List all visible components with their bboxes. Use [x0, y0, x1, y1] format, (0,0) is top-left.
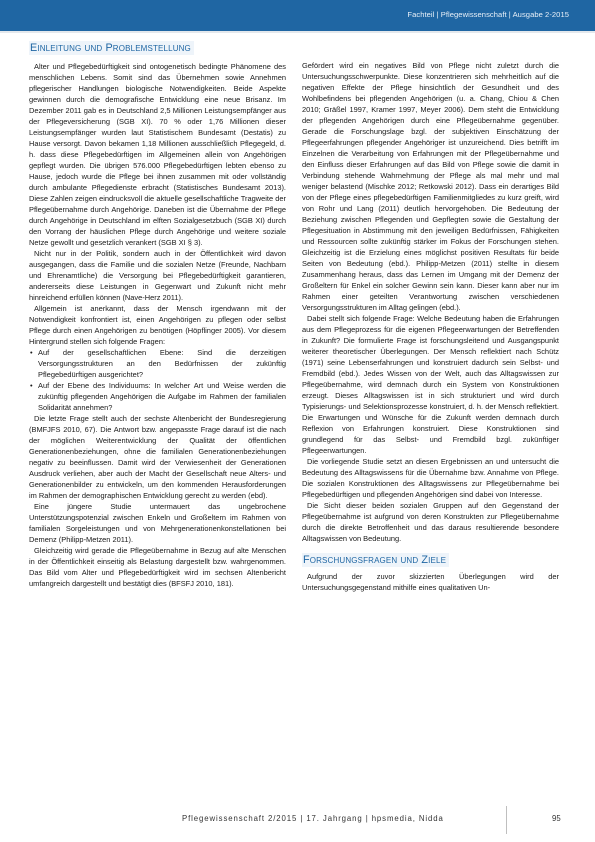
paragraph: Eine jüngere Studie untermauert das unge… [29, 501, 286, 545]
paragraph: Die vorliegende Studie setzt an diesen E… [302, 456, 559, 500]
right-column: Gefördert wird ein negatives Bild von Pf… [302, 60, 559, 593]
paragraph: Aufgrund der zuvor skizzierten Überlegun… [302, 571, 559, 593]
paragraph: Die letzte Frage stellt auch der sechste… [29, 413, 286, 501]
header-divider [0, 31, 595, 33]
paragraph: Gefördert wird ein negatives Bild von Pf… [302, 60, 559, 313]
paragraph: Nicht nur in der Politik, sondern auch i… [29, 248, 286, 303]
running-title: Fachteil | Pflegewissenschaft | Ausgabe … [407, 10, 569, 19]
paragraph: Dabei stellt sich folgende Frage: Welche… [302, 313, 559, 456]
section-title-introduction: Einleitung und Problemstellung [29, 41, 194, 55]
paragraph: Allgemein ist anerkannt, dass der Mensch… [29, 303, 286, 347]
left-column: Einleitung und Problemstellung Alter und… [29, 41, 286, 589]
paragraph: Die Sicht dieser beiden sozialen Gruppen… [302, 500, 559, 544]
paragraph: Gleichzeitig wird gerade die Pflegeübern… [29, 545, 286, 589]
footer-citation: Pflegewissenschaft 2/2015 | 17. Jahrgang… [182, 814, 444, 823]
header-bar: Fachteil | Pflegewissenschaft | Ausgabe … [0, 0, 595, 31]
list-item: Auf der Ebene des Individuums: In welche… [38, 380, 286, 413]
question-list: Auf der gesellschaftlichen Ebene: Sind d… [29, 347, 286, 413]
footer-divider [506, 806, 507, 834]
section-title-research-questions: Forschungsfragen und Ziele [302, 553, 449, 567]
paragraph: Alter und Pflegebedürftigkeit sind ontog… [29, 61, 286, 248]
list-item: Auf der gesellschaftlichen Ebene: Sind d… [38, 347, 286, 380]
page-number: 95 [552, 814, 561, 823]
